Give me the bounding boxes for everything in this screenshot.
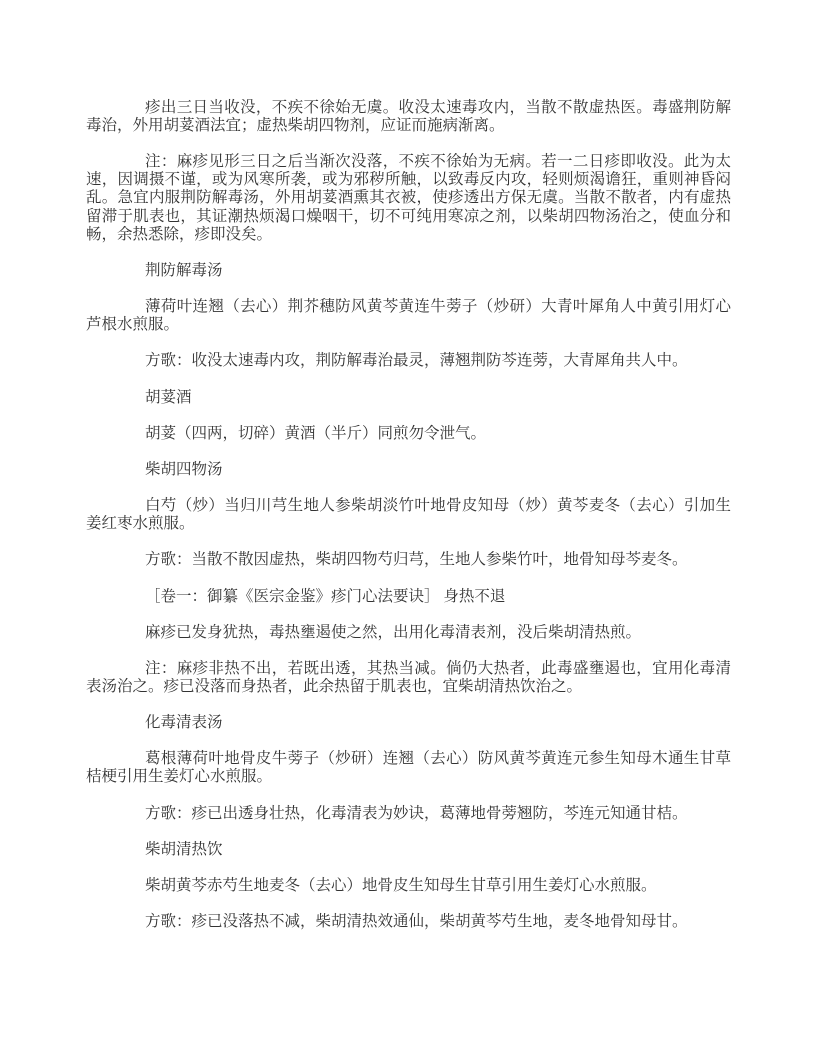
document-body: 疹出三日当收没，不疾不徐始无虞。收没太速毒攻内，当散不散虚热医。毒盛荆防解毒治，…	[86, 99, 731, 931]
formula-title: 柴胡四物汤	[86, 461, 731, 479]
verse-paragraph: 麻疹已发身犹热，毒热壅遏使之然，出用化毒清表剂，没后柴胡清热煎。	[86, 624, 731, 642]
section-heading: ［卷一：御纂《医宗金鉴》疹门心法要诀］ 身热不退	[86, 588, 731, 606]
formula-song: 方歌：疹已出透身壮热，化毒清表为妙诀，葛薄地骨蒡翘防，芩连元知通甘桔。	[86, 805, 731, 823]
formula-ingredients: 薄荷叶连翘（去心）荆芥穗防风黄芩黄连牛蒡子（炒研）大青叶犀角人中黄引用灯心芦根水…	[86, 298, 731, 334]
formula-title: 荆防解毒汤	[86, 262, 731, 280]
note-paragraph: 注：麻疹见形三日之后当渐次没落，不疾不徐始为无病。若一二日疹即收没。此为太速，因…	[86, 153, 731, 243]
formula-song: 方歌：当散不散因虚热，柴胡四物芍归芎，生地人参柴竹叶，地骨知母芩麦冬。	[86, 551, 731, 569]
document-page: 疹出三日当收没，不疾不徐始无虞。收没太速毒攻内，当散不散虚热医。毒盛荆防解毒治，…	[0, 0, 816, 1056]
formula-ingredients: 柴胡黄芩赤芍生地麦冬（去心）地骨皮生知母生甘草引用生姜灯心水煎服。	[86, 877, 731, 895]
formula-title: 柴胡清热饮	[86, 841, 731, 859]
formula-song: 方歌：收没太速毒内攻，荆防解毒治最灵，薄翘荆防芩连蒡，大青犀角共人中。	[86, 352, 731, 370]
formula-title: 化毒清表汤	[86, 714, 731, 732]
formula-song: 方歌：疹已没落热不减，柴胡清热效通仙，柴胡黄芩芍生地，麦冬地骨知母甘。	[86, 913, 731, 931]
formula-ingredients: 胡荽（四两，切碎）黄酒（半斤）同煎勿令泄气。	[86, 425, 731, 443]
formula-ingredients: 白芍（炒）当归川芎生地人参柴胡淡竹叶地骨皮知母（炒）黄芩麦冬（去心）引加生姜红枣…	[86, 497, 731, 533]
formula-ingredients: 葛根薄荷叶地骨皮牛蒡子（炒研）连翘（去心）防风黄芩黄连元参生知母木通生甘草桔梗引…	[86, 750, 731, 786]
formula-title: 胡荽酒	[86, 389, 731, 407]
verse-paragraph: 疹出三日当收没，不疾不徐始无虞。收没太速毒攻内，当散不散虚热医。毒盛荆防解毒治，…	[86, 99, 731, 135]
note-paragraph: 注：麻疹非热不出，若既出透，其热当减。倘仍大热者，此毒盛壅遏也，宜用化毒清表汤治…	[86, 660, 731, 696]
